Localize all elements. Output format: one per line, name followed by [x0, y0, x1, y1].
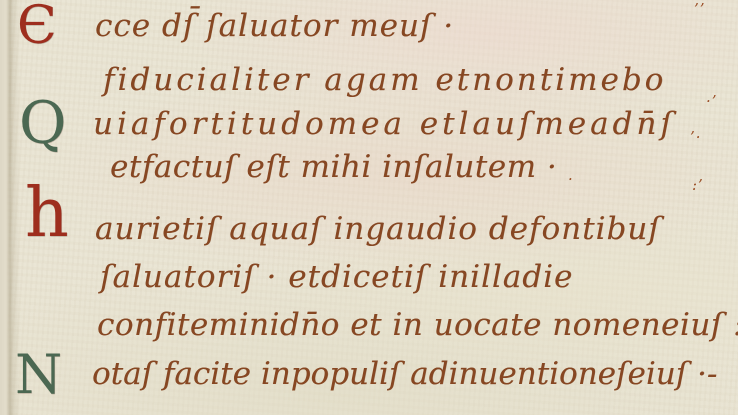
margin-mark: ’·	[690, 128, 702, 146]
manuscript-line-4: etfactuſ eſt mihi inſalutem ·	[110, 149, 557, 185]
manuscript-line-1: cce dſ̄ ſaluator meuſ ·	[95, 8, 454, 44]
manuscript-line-7: confiteminidn̄o et in uocate nomeneiuſ :…	[97, 307, 738, 343]
illuminated-initial-H: h	[25, 180, 69, 248]
margin-mark: ·	[568, 170, 574, 188]
illuminated-initial-N: N	[15, 348, 62, 402]
manuscript-line-5: aurietiſ aquaſ ingaudio defontibuſ	[95, 211, 661, 247]
manuscript-page: Є Q h N cce dſ̄ ſaluator meuſ · fiducial…	[0, 0, 738, 415]
margin-mark: ·’	[706, 92, 718, 110]
manuscript-line-3: uiafortitudomea etlauſmeadn̄ſ	[93, 106, 676, 142]
margin-mark: :’	[692, 176, 704, 194]
margin-mark: ’’	[694, 0, 706, 18]
illuminated-initial-Q: Q	[19, 94, 67, 152]
illuminated-initial-E: Є	[17, 0, 57, 52]
manuscript-line-6: ſaluatoriſ · etdicetiſ inilladie	[100, 259, 573, 295]
manuscript-line-2: fiducialiter agam etnontimebo	[103, 62, 666, 98]
manuscript-line-8: otaſ facite inpopuliſ adinuentioneſeiuſ …	[92, 356, 717, 392]
